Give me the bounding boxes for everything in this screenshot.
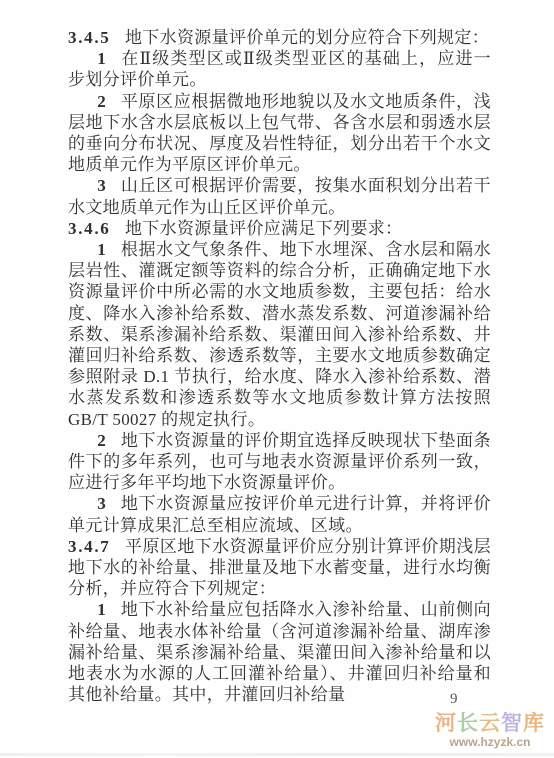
paragraph-text: 地下水资源量应按评价单元进行计算，并将评价单元计算成果汇总至相应流域、区域。 (68, 494, 491, 534)
paragraph: 1在Ⅱ级类型区或Ⅱ级类型亚区的基础上，应进一步划分评价单元。 (68, 48, 491, 90)
paragraph-text: 山丘区可根据评价需要，按集水面积划分出若干水文地质单元作为山丘区评价单元。 (68, 176, 491, 216)
paragraph-text: 在Ⅱ级类型区或Ⅱ级类型亚区的基础上，应进一步划分评价单元。 (68, 49, 491, 89)
paragraph: 1根据水文气象条件、地下水埋深、含水层和隔水层岩性、灌溉定额等资料的综合分析，正… (68, 239, 491, 430)
watermark-brand-char: 长 (457, 712, 479, 735)
paragraph-number: 3 (97, 176, 106, 195)
paragraph: 2地下水资源量的评价期宜选择反映现状下垫面条件下的多年系列，也可与地表水资源量评… (68, 430, 491, 494)
paragraph-text: 地下水资源量评价单元的划分应符合下列规定： (125, 28, 489, 47)
paragraph-text: 地下水资源量的评价期宜选择反映现状下垫面条件下的多年系列，也可与地表水资源量评价… (68, 431, 491, 492)
page-number: 9 (450, 691, 458, 708)
paragraph-number: 3 (97, 494, 106, 513)
paragraph-number: 1 (97, 600, 106, 619)
document-body: 3.4.5地下水资源量评价单元的划分应符合下列规定：1在Ⅱ级类型区或Ⅱ级类型亚区… (68, 27, 491, 706)
paragraph-number: 3.4.7 (68, 537, 111, 556)
paragraph: 3山丘区可根据评价需要，按集水面积划分出若干水文地质单元作为山丘区评价单元。 (68, 175, 491, 217)
paragraph-text: 地下水补给量应包括降水入渗补给量、山前侧向补给量、地表水体补给量（含河道渗漏补给… (68, 600, 491, 704)
page-edge-shadow (0, 753, 554, 756)
paragraph: 1地下水补给量应包括降水入渗补给量、山前侧向补给量、地表水体补给量（含河道渗漏补… (68, 599, 491, 705)
paragraph: 3.4.7平原区地下水资源量评价应分别计算评价期浅层地下水的补给量、排泄量及地下… (68, 536, 491, 600)
watermark-url: www.hzyzk.cn (435, 736, 545, 748)
paragraph-number: 1 (97, 240, 106, 259)
paragraph-text: 平原区地下水资源量评价应分别计算评价期浅层地下水的补给量、排泄量及地下水蓄变量，… (68, 537, 491, 598)
watermark-brand: 河长云智库 (435, 713, 545, 734)
paragraph-text: 平原区应根据微地形地貌以及水文地质条件，浅层地下水含水层底板以上包气带、各含水层… (68, 92, 491, 175)
document-page: 3.4.5地下水资源量评价单元的划分应符合下列规定：1在Ⅱ级类型区或Ⅱ级类型亚区… (0, 0, 554, 758)
paragraph: 3.4.5地下水资源量评价单元的划分应符合下列规定： (68, 27, 491, 48)
paragraph-number: 3.4.6 (68, 219, 111, 238)
paragraph: 2平原区应根据微地形地貌以及水文地质条件，浅层地下水含水层底板以上包气带、各含水… (68, 91, 491, 176)
paragraph-number: 1 (97, 49, 106, 68)
watermark-brand-char: 云 (479, 712, 501, 735)
watermark: 河长云智库 www.hzyzk.cn (435, 713, 545, 748)
watermark-brand-char: 智 (501, 712, 523, 735)
paragraph-number: 3.4.5 (68, 28, 111, 47)
paragraph-number: 2 (97, 431, 106, 450)
paragraph: 3地下水资源量应按评价单元进行计算，并将评价单元计算成果汇总至相应流域、区域。 (68, 493, 491, 535)
paragraph-number: 2 (97, 92, 106, 111)
paragraph-text: 地下水资源量评价应满足下列要求： (125, 219, 402, 238)
watermark-brand-char: 河 (435, 712, 457, 735)
paragraph: 3.4.6地下水资源量评价应满足下列要求： (68, 218, 491, 239)
paragraph-text: 根据水文气象条件、地下水埋深、含水层和隔水层岩性、灌溉定额等资料的综合分析，正确… (68, 240, 491, 429)
watermark-brand-char: 库 (523, 712, 545, 735)
